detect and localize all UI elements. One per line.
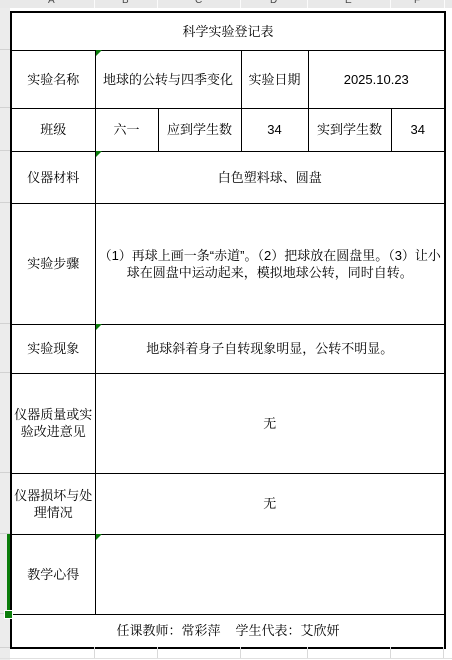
experiment-name-label-cell[interactable]: 实验名称 [11, 50, 95, 108]
materials-value-cell[interactable]: 白色塑料球、圆盘 [95, 151, 445, 203]
selection-border [7, 534, 10, 612]
row-gridline [0, 658, 452, 659]
footer-cell[interactable]: 任课教师：常彩萍学生代表：艾欣妍 [11, 614, 445, 648]
row-gridline [0, 49, 10, 50]
column-header-b[interactable]: B [122, 0, 129, 6]
column-divider [307, 0, 308, 8]
column-divider [157, 0, 158, 8]
steps-label-cell[interactable]: 实验步骤 [11, 203, 95, 324]
row-gridline [0, 202, 10, 203]
column-header-a[interactable]: A [48, 0, 55, 6]
column-divider [444, 0, 445, 8]
experiment-name-value-cell[interactable]: 地球的公转与四季变化 [95, 50, 241, 108]
fill-handle[interactable] [4, 610, 13, 619]
column-header-c[interactable]: C [195, 0, 202, 6]
actual-students-label-cell[interactable]: 实到学生数 [308, 108, 391, 151]
reflection-label-cell[interactable]: 教学心得 [11, 534, 95, 614]
column-divider [240, 0, 241, 8]
expected-students-value-cell[interactable]: 34 [241, 108, 308, 151]
row-gridline [0, 647, 10, 648]
row-gridline [0, 107, 10, 108]
teacher-signature: 任课教师：常彩萍 [116, 623, 220, 638]
student-signature: 学生代表：艾欣妍 [236, 623, 340, 638]
class-label-cell[interactable]: 班级 [11, 108, 95, 151]
error-indicator-triangle [96, 324, 102, 330]
column-header-d[interactable]: D [270, 0, 277, 6]
actual-students-value-cell[interactable]: 34 [391, 108, 445, 151]
column-header-f[interactable]: F [414, 0, 420, 6]
damage-label-cell[interactable]: 仪器损坏与处理情况 [11, 473, 95, 534]
quality-value-cell[interactable]: 无 [95, 373, 445, 473]
experiment-date-value-cell[interactable]: 2025.10.23 [308, 50, 445, 108]
spreadsheet-view: A B C D E F 科学实验登记表 实验名称 [0, 0, 452, 660]
column-header-e[interactable]: E [345, 0, 352, 6]
quality-label-cell[interactable]: 仪器质量或实验改进意见 [11, 373, 95, 473]
phenomenon-value-cell[interactable]: 地球斜着身子自转现象明显，公转不明显。 [95, 324, 445, 373]
row-gridline [0, 150, 10, 151]
error-indicator-triangle [96, 151, 102, 157]
column-header-strip: A B C D E F [0, 0, 452, 8]
form-title-cell[interactable]: 科学实验登记表 [11, 12, 445, 50]
column-divider [94, 0, 95, 8]
phenomenon-label-cell[interactable]: 实验现象 [11, 324, 95, 373]
error-indicator-triangle [96, 50, 102, 56]
damage-value-cell[interactable]: 无 [95, 473, 445, 534]
row-gridline [0, 323, 10, 324]
experiment-form-table: 科学实验登记表 实验名称 地球的公转与四季变化 实验日期 2025.10.23 … [10, 11, 446, 649]
steps-value-cell[interactable]: （1）再球上画一条“赤道”。（2）把球放在圆盘里。（3）让小球在圆盘中运动起来，… [95, 203, 445, 324]
column-divider [390, 0, 391, 8]
class-value-cell[interactable]: 六一 [95, 108, 158, 151]
expected-students-label-cell[interactable]: 应到学生数 [158, 108, 241, 151]
error-indicator-triangle [96, 534, 102, 540]
materials-label-cell[interactable]: 仪器材料 [11, 151, 95, 203]
experiment-date-label-cell[interactable]: 实验日期 [241, 50, 308, 108]
row-gridline [0, 472, 10, 473]
row-gridline [0, 372, 10, 373]
reflection-value-cell[interactable] [95, 534, 445, 614]
